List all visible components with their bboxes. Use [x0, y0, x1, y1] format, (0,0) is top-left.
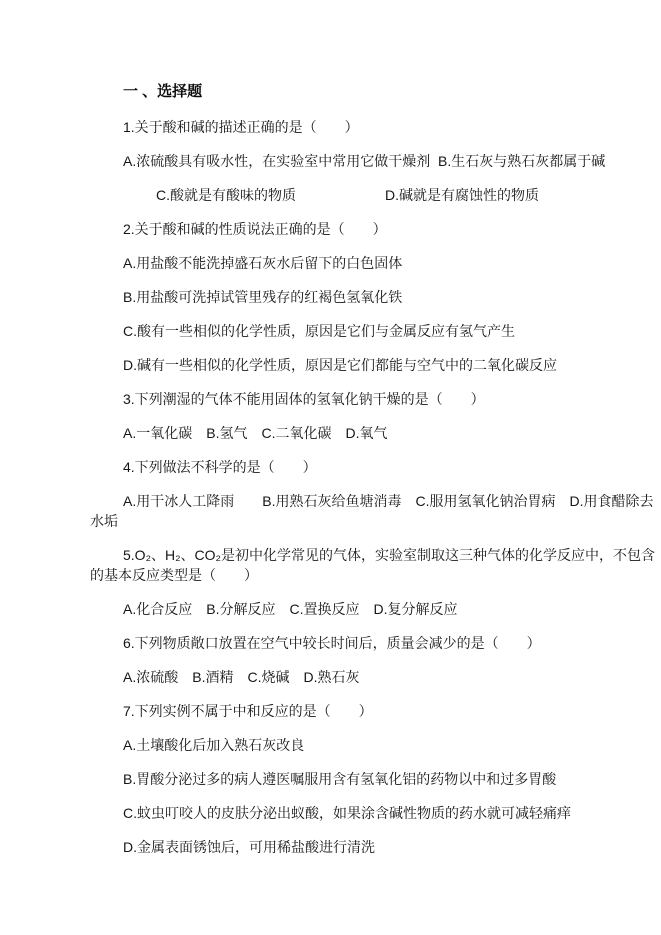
- document-content: 一 、选择题 1.关于酸和碱的描述正确的是（ ） A.浓硫酸具有吸水性，在实验室…: [90, 82, 572, 871]
- question-4-stem: 4.下列做法不科学的是（ ）: [90, 457, 572, 477]
- question-5-options: A.化合反应 B.分解反应 C.置换反应 D.复分解反应: [90, 599, 572, 619]
- question-7-option-b: B.胃酸分泌过多的病人遵医嘱服用含有氢氧化铝的药物以中和过多胃酸: [90, 769, 572, 789]
- section-heading: 一 、选择题: [90, 82, 572, 102]
- question-3-stem: 3.下列潮湿的气体不能用固体的氢氧化钠干燥的是（ ）: [90, 389, 572, 409]
- question-1-option-d: D.碱就是有腐蚀性的物质: [385, 187, 539, 203]
- question-4-options: A.用干冰人工降雨 B.用熟石灰给鱼塘消毒 C.服用氢氧化钠治胃病 D.用食醋除…: [90, 491, 572, 531]
- question-1-option-c: C.酸就是有酸味的物质: [123, 185, 385, 205]
- question-2-option-c: C.酸有一些相似的化学性质，原因是它们与金属反应有氢气产生: [90, 321, 572, 341]
- question-2-option-a: A.用盐酸不能洗掉盛石灰水后留下的白色固体: [90, 253, 572, 273]
- question-7-option-a: A.土壤酸化后加入熟石灰改良: [90, 735, 572, 755]
- question-6-stem: 6.下列物质敞口放置在空气中较长时间后，质量会减少的是（ ）: [90, 633, 572, 653]
- document-page: 一 、选择题 1.关于酸和碱的描述正确的是（ ） A.浓硫酸具有吸水性，在实验室…: [0, 0, 661, 935]
- question-1-stem: 1.关于酸和碱的描述正确的是（ ）: [90, 117, 572, 137]
- question-2-option-b: B.用盐酸可洗掉试管里残存的红褐色氢氧化铁: [90, 287, 572, 307]
- question-1-options-ab: A.浓硫酸具有吸水性，在实验室中常用它做干燥剂 B.生石灰与熟石灰都属于碱: [90, 151, 572, 171]
- question-2-stem: 2.关于酸和碱的性质说法正确的是（ ）: [90, 219, 572, 239]
- question-7-option-d: D.金属表面锈蚀后，可用稀盐酸进行清洗: [90, 837, 572, 857]
- question-5-stem: 5.O₂、H₂、CO₂是初中化学常见的气体，实验室制取这三种气体的化学反应中，不…: [90, 545, 572, 585]
- question-1-options-cd: C.酸就是有酸味的物质D.碱就是有腐蚀性的物质: [90, 185, 572, 205]
- question-7-option-c: C.蚊虫叮咬人的皮肤分泌出蚁酸，如果涂含碱性物质的药水就可减轻痛痒: [90, 803, 572, 823]
- question-2-option-d: D.碱有一些相似的化学性质，原因是它们都能与空气中的二氧化碳反应: [90, 355, 572, 375]
- question-6-options: A.浓硫酸 B.酒精 C.烧碱 D.熟石灰: [90, 667, 572, 687]
- question-3-options: A.一氧化碳 B.氢气 C.二氧化碳 D.氧气: [90, 423, 572, 443]
- question-7-stem: 7.下列实例不属于中和反应的是（ ）: [90, 701, 572, 721]
